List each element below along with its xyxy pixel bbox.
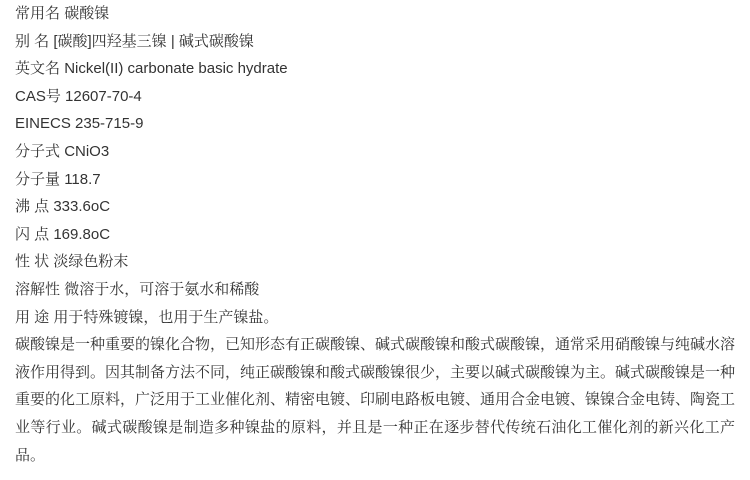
property-label: 别 名 — [15, 33, 49, 50]
property-value: 淡绿色粉末 — [53, 253, 128, 270]
property-value: [碳酸]四羟基三镍 | 碱式碳酸镍 — [53, 33, 254, 50]
chemical-info-page: 常用名 碳酸镍 别 名 [碳酸]四羟基三镍 | 碱式碳酸镍 英文名 Nickel… — [0, 0, 750, 480]
property-label: 性 状 — [15, 253, 49, 270]
property-row-molecular-formula: 分子式 CNiO3 — [15, 138, 735, 166]
property-label: 沸 点 — [15, 198, 49, 215]
property-row-flash-point: 闪 点 169.8oC — [15, 221, 735, 249]
property-value: CNiO3 — [64, 143, 109, 160]
property-label: 英文名 — [15, 60, 60, 77]
property-row-appearance: 性 状 淡绿色粉末 — [15, 248, 735, 276]
property-label: 用 途 — [15, 309, 49, 326]
property-label: 分子量 — [15, 171, 60, 188]
property-label: EINECS — [15, 115, 71, 132]
property-value: 12607-70-4 — [65, 88, 142, 105]
property-row-usage: 用 途 用于特殊镀镍，也用于生产镍盐。 — [15, 304, 735, 332]
property-row-cas-number: CAS号 12607-70-4 — [15, 83, 735, 111]
property-value: Nickel(II) carbonate basic hydrate — [64, 60, 287, 77]
property-label: 常用名 — [15, 5, 60, 22]
property-value: 333.6oC — [53, 198, 110, 215]
property-value: 118.7 — [64, 171, 100, 188]
property-row-molecular-weight: 分子量 118.7 — [15, 166, 735, 194]
property-label: CAS号 — [15, 88, 61, 105]
property-value: 微溶于水，可溶于氨水和稀酸 — [64, 281, 259, 298]
property-label: 闪 点 — [15, 226, 49, 243]
property-label: 溶解性 — [15, 281, 60, 298]
property-row-boiling-point: 沸 点 333.6oC — [15, 193, 735, 221]
property-value: 235-715-9 — [75, 115, 143, 132]
description-paragraph: 碳酸镍是一种重要的镍化合物，已知形态有正碳酸镍、碱式碳酸镍和酸式碳酸镍，通常采用… — [15, 331, 735, 469]
property-value: 169.8oC — [53, 226, 110, 243]
property-row-einecs: EINECS 235-715-9 — [15, 110, 735, 138]
property-label: 分子式 — [15, 143, 60, 160]
property-value: 用于特殊镀镍，也用于生产镍盐。 — [53, 309, 278, 326]
property-row-solubility: 溶解性 微溶于水，可溶于氨水和稀酸 — [15, 276, 735, 304]
property-value: 碳酸镍 — [64, 5, 109, 22]
property-row-alias: 别 名 [碳酸]四羟基三镍 | 碱式碳酸镍 — [15, 28, 735, 56]
property-row-english-name: 英文名 Nickel(II) carbonate basic hydrate — [15, 55, 735, 83]
property-row-common-name: 常用名 碳酸镍 — [15, 0, 735, 28]
